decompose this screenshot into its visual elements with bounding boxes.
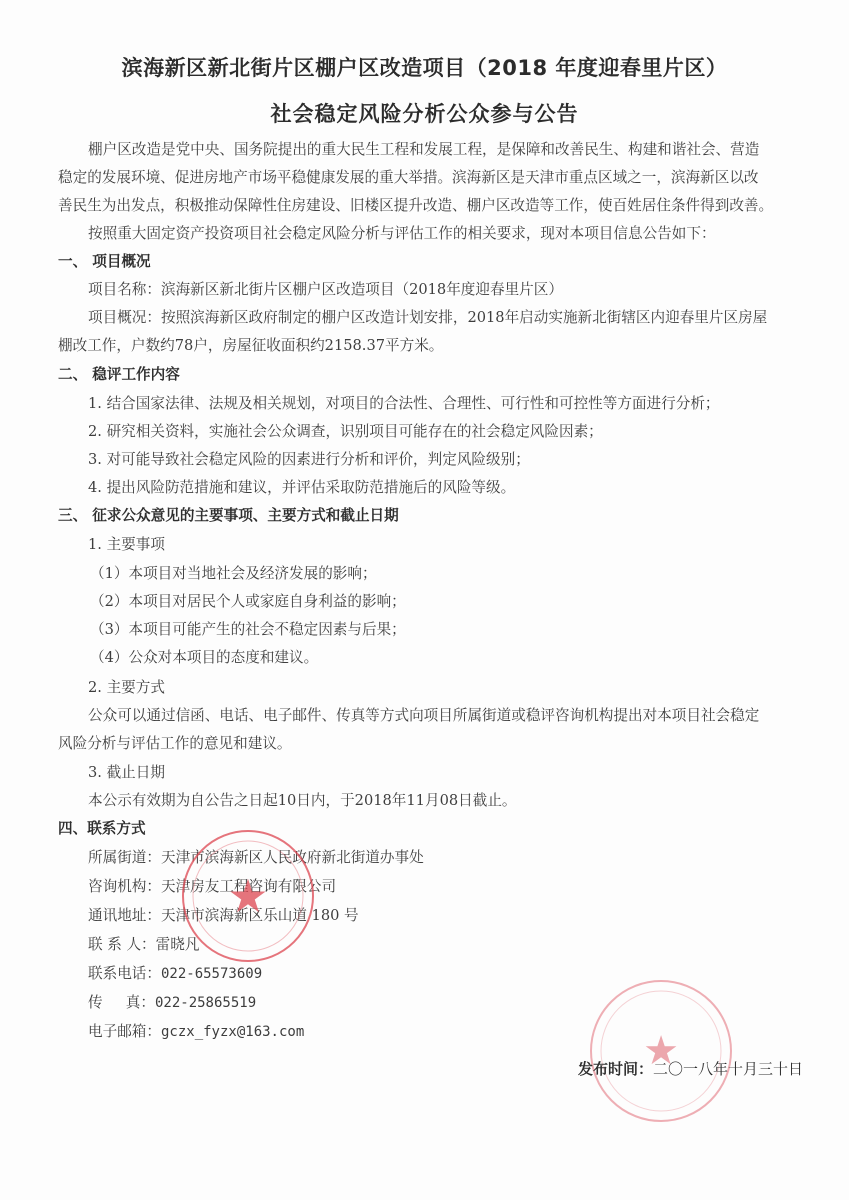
deadline-title: 3. 截止日期 — [88, 763, 165, 783]
section-3-heading: 三、 征求公众意见的主要事项、主要方式和截止日期 — [58, 506, 399, 526]
contact-row-consultant: 咨询机构：天津房友工程咨询有限公司 — [88, 877, 336, 897]
project-name: 项目名称：滨海新区新北街片区棚户区改造项目（2018年度迎春里片区） — [88, 280, 563, 300]
contact-row-phone: 联系电话：022-65573609 — [88, 964, 262, 984]
main-matter-2: （2）本项目对居民个人或家庭自身利益的影响； — [90, 592, 406, 612]
contact-label: 电子邮箱： — [88, 1023, 161, 1040]
main-matter-3: （3）本项目可能产生的社会不稳定因素与后果； — [90, 620, 406, 640]
main-matters-title: 1. 主要事项 — [88, 535, 165, 555]
government-seal-stamp: ★ — [590, 980, 732, 1122]
intro-paragraph-line-1: 棚户区改造是党中央、国务院提出的重大民生工程和发展工程，是保障和改善民生、构建和… — [88, 140, 759, 160]
contact-value: 天津房友工程咨询有限公司 — [161, 878, 336, 895]
contact-value: 天津市滨海新区乐山道 180 号 — [161, 907, 359, 924]
section-4-heading: 四、联系方式 — [58, 819, 146, 839]
main-methods-line-1: 公众可以通过信函、电话、电子邮件、传真等方式向项目所属街道或稳评咨询机构提出对本… — [88, 706, 759, 726]
document-title: 滨海新区新北街片区棚户区改造项目（2018 年度迎春里片区） — [0, 52, 849, 82]
contact-row-address: 通讯地址：天津市滨海新区乐山道 180 号 — [88, 906, 359, 926]
main-matter-1: （1）本项目对当地社会及经济发展的影响； — [90, 564, 377, 584]
release-date: 发布时间：二〇一八年十月三十日 — [578, 1058, 803, 1079]
section-2-heading: 二、 稳评工作内容 — [58, 365, 180, 385]
assessment-item-4: 4. 提出风险防范措施和建议，并评估采取防范措施后的风险等级。 — [88, 478, 515, 498]
document-subtitle: 社会稳定风险分析公众参与公告 — [0, 98, 849, 128]
seal-ring-icon — [592, 982, 730, 1120]
main-methods-title: 2. 主要方式 — [88, 678, 165, 698]
project-overview-line-2: 棚改工作，户数约78户，房屋征收面积约2158.37平方米。 — [58, 336, 443, 356]
intro-paragraph-line-3: 善民生为出发点，积极推动保障性住房建设、旧楼区提升改造、棚户区改造等工作，使百姓… — [58, 196, 773, 216]
project-overview-line-1: 项目概况：按照滨海新区政府制定的棚户区改造计划安排，2018年启动实施新北街辖区… — [88, 308, 767, 328]
contact-label: 传 真： — [88, 994, 155, 1011]
section-1-heading: 一、 项目概况 — [58, 252, 151, 272]
main-matter-4: （4）公众对本项目的态度和建议。 — [90, 648, 318, 668]
contact-label: 联系电话： — [88, 965, 161, 982]
contact-label: 咨询机构： — [88, 878, 161, 895]
release-date-label: 发布时间： — [578, 1060, 653, 1078]
contact-label: 所属街道： — [88, 849, 161, 866]
contact-value: 022-65573609 — [161, 966, 262, 982]
assessment-item-2: 2. 研究相关资料，实施社会公众调查，识别项目可能存在的社会稳定风险因素； — [88, 422, 603, 442]
contact-label: 联 系 人： — [88, 936, 156, 953]
contact-value: 022-25865519 — [155, 995, 256, 1011]
assessment-item-1: 1. 结合国家法律、法规及相关规划，对项目的合法性、合理性、可行性和可控性等方面… — [88, 394, 720, 414]
contact-row-person: 联 系 人：雷晓凡 — [88, 935, 199, 955]
release-date-value: 二〇一八年十月三十日 — [653, 1060, 803, 1078]
contact-value: 雷晓凡 — [156, 936, 200, 953]
deadline-text: 本公示有效期为自公告之日起10日内，于2018年11月08日截止。 — [88, 791, 517, 811]
contact-row-fax: 传 真：022-25865519 — [88, 993, 256, 1013]
contact-label: 通讯地址： — [88, 907, 161, 924]
contact-row-street: 所属街道：天津市滨海新区人民政府新北街道办事处 — [88, 848, 424, 868]
intro-paragraph-2: 按照重大固定资产投资项目社会稳定风险分析与评估工作的相关要求，现对本项目信息公告… — [88, 224, 716, 244]
document-page: 滨海新区新北街片区棚户区改造项目（2018 年度迎春里片区） 社会稳定风险分析公… — [0, 0, 849, 1200]
intro-paragraph-line-2: 稳定的发展环境、促进房地产市场平稳健康发展的重大举措。滨海新区是天津市重点区域之… — [58, 168, 759, 188]
assessment-item-3: 3. 对可能导致社会稳定风险的因素进行分析和评价，判定风险级别； — [88, 450, 530, 470]
email-link[interactable]: gczx_fyzx@163.com — [161, 1024, 304, 1040]
contact-row-email: 电子邮箱：gczx_fyzx@163.com — [88, 1022, 304, 1042]
contact-value: 天津市滨海新区人民政府新北街道办事处 — [161, 849, 424, 866]
main-methods-line-2: 风险分析与评估工作的意见和建议。 — [58, 734, 292, 754]
